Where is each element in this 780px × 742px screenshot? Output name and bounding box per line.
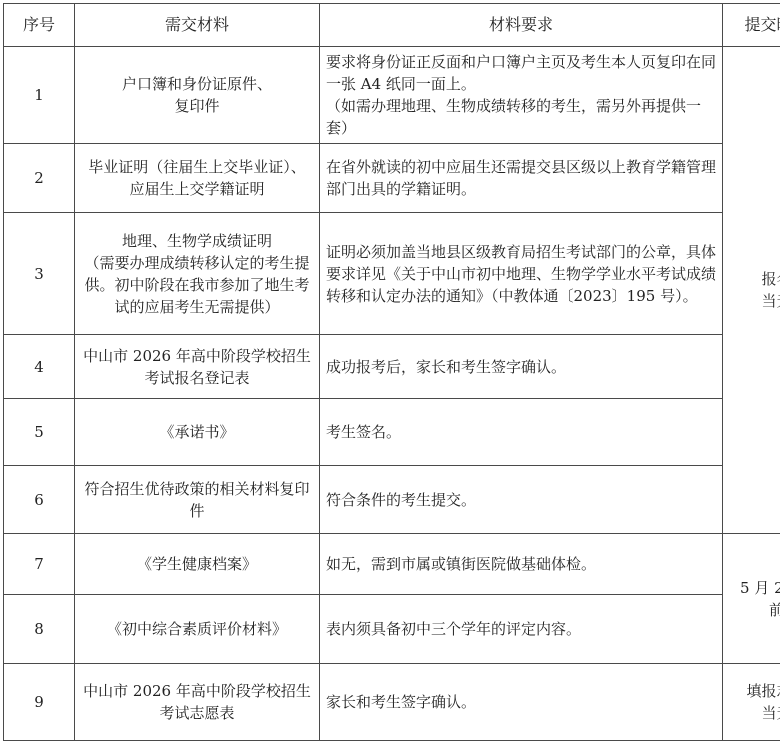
table-row: 8 《初中综合素质评价材料》 表内须具备初中三个学年的评定内容。 xyxy=(4,595,780,664)
row-number: 1 xyxy=(4,47,75,144)
material-cell: 户口簿和身份证原件、 复印件 xyxy=(75,47,320,144)
row-number: 3 xyxy=(4,213,75,335)
table-row: 3 地理、生物学成绩证明 （需要办理成绩转移认定的考生提供。初中阶段在我市参加了… xyxy=(4,213,780,335)
row-number: 4 xyxy=(4,335,75,399)
material-cell: 地理、生物学成绩证明 （需要办理成绩转移认定的考生提供。初中阶段在我市参加了地生… xyxy=(75,213,320,335)
submit-time-cell: 填报志愿 当天 xyxy=(723,664,780,741)
row-number: 7 xyxy=(4,534,75,595)
requirement-cell: 表内须具备初中三个学年的评定内容。 xyxy=(320,595,723,664)
requirement-cell: 符合条件的考生提交。 xyxy=(320,466,723,534)
material-cell: 中山市 2026 年高中阶段学校招生考试报名登记表 xyxy=(75,335,320,399)
requirement-cell: 要求将身份证正反面和户口簿户主页及考生本人页复印在同一张 A4 纸同一面上。 （… xyxy=(320,47,723,144)
requirement-cell: 成功报考后，家长和考生签字确认。 xyxy=(320,335,723,399)
requirement-cell: 如无，需到市属或镇街医院做基础体检。 xyxy=(320,534,723,595)
requirement-cell: 证明必须加盖当地县区级教育局招生考试部门的公章，具体要求详见《关于中山市初中地理… xyxy=(320,213,723,335)
table-row: 4 中山市 2026 年高中阶段学校招生考试报名登记表 成功报考后，家长和考生签… xyxy=(4,335,780,399)
material-cell: 毕业证明（往届生上交毕业证）、应届生上交学籍证明 xyxy=(75,144,320,213)
row-number: 6 xyxy=(4,466,75,534)
requirement-cell: 家长和考生签字确认。 xyxy=(320,664,723,741)
row-number: 9 xyxy=(4,664,75,741)
table-row: 5 《承诺书》 考生签名。 xyxy=(4,399,780,466)
header-submit-time: 提交时间 xyxy=(723,4,780,47)
header-requirement: 材料要求 xyxy=(320,4,723,47)
table-row: 2 毕业证明（往届生上交毕业证）、应届生上交学籍证明 在省外就读的初中应届生还需… xyxy=(4,144,780,213)
row-number: 8 xyxy=(4,595,75,664)
materials-requirements-table: 序号 需交材料 材料要求 提交时间 1 户口簿和身份证原件、 复印件 要求将身份… xyxy=(3,3,780,741)
submit-time-cell: 报名 当天 xyxy=(723,47,780,534)
table-row: 6 符合招生优待政策的相关材料复印件 符合条件的考生提交。 xyxy=(4,466,780,534)
material-cell: 《学生健康档案》 xyxy=(75,534,320,595)
requirement-cell: 考生签名。 xyxy=(320,399,723,466)
material-cell: 中山市 2026 年高中阶段学校招生考试志愿表 xyxy=(75,664,320,741)
row-number: 2 xyxy=(4,144,75,213)
submit-time-cell: 5 月 20 日 前 xyxy=(723,534,780,664)
table-row: 9 中山市 2026 年高中阶段学校招生考试志愿表 家长和考生签字确认。 填报志… xyxy=(4,664,780,741)
table-row: 1 户口簿和身份证原件、 复印件 要求将身份证正反面和户口簿户主页及考生本人页复… xyxy=(4,47,780,144)
header-material: 需交材料 xyxy=(75,4,320,47)
material-cell: 《初中综合素质评价材料》 xyxy=(75,595,320,664)
material-cell: 符合招生优待政策的相关材料复印件 xyxy=(75,466,320,534)
header-number: 序号 xyxy=(4,4,75,47)
requirement-cell: 在省外就读的初中应届生还需提交县区级以上教育学籍管理部门出具的学籍证明。 xyxy=(320,144,723,213)
header-row: 序号 需交材料 材料要求 提交时间 xyxy=(4,4,780,47)
row-number: 5 xyxy=(4,399,75,466)
table-row: 7 《学生健康档案》 如无，需到市属或镇街医院做基础体检。 5 月 20 日 前 xyxy=(4,534,780,595)
material-cell: 《承诺书》 xyxy=(75,399,320,466)
